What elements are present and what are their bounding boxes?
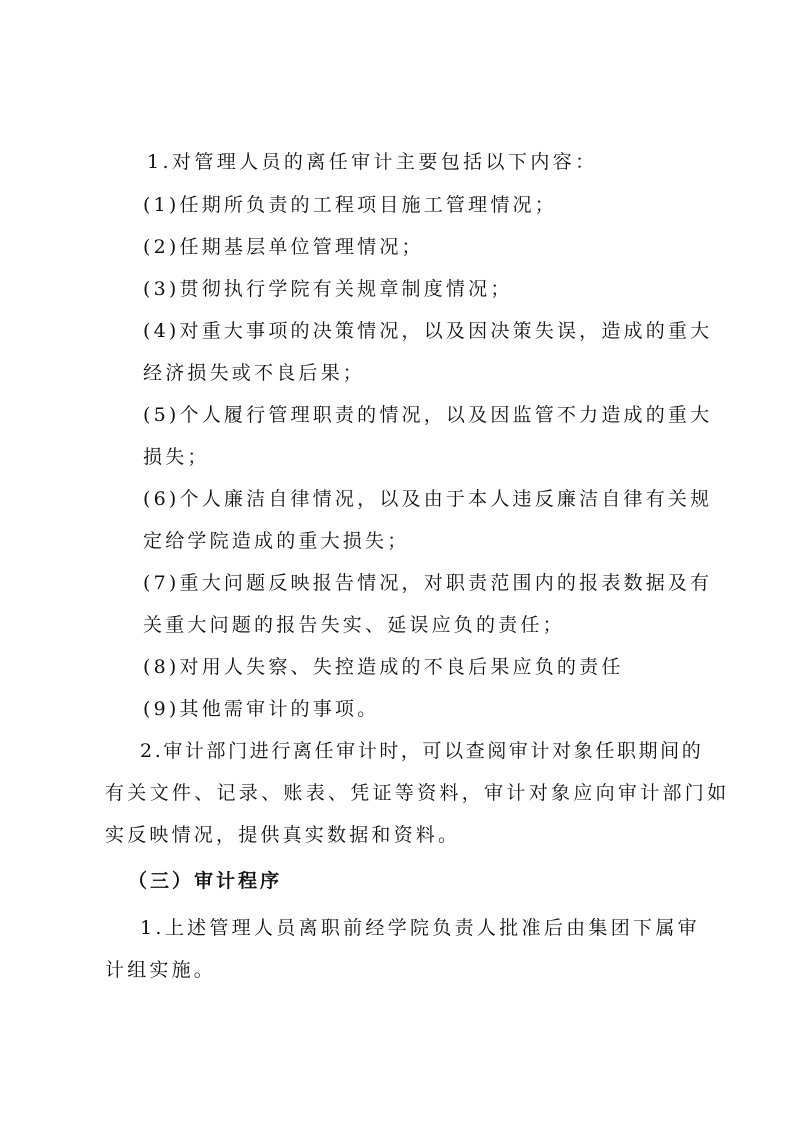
list-item-5-cont: 损失； [143, 445, 210, 469]
list-item-9: (9)其他需审计的事项。 [143, 697, 379, 721]
paragraph-2: 2.审计部门进行离任审计时，可以查阅审计对象任职期间的 [140, 739, 703, 763]
paragraph-2-cont-2: 实反映情况，提供真实数据和资料。 [105, 823, 460, 847]
item-1-heading: 1.对管理人员的离任审计主要包括以下内容： [147, 150, 598, 174]
list-item-7: (7)重大问题反映报告情况，对职责范围内的报表数据及有 [143, 571, 712, 595]
list-item-2: (2)任期基层单位管理情况； [143, 235, 424, 259]
list-item-7-cont: 关重大问题的报告失实、延误应负的责任； [143, 613, 565, 637]
list-item-4: (4)对重大事项的决策情况，以及因决策失误，造成的重大 [143, 319, 712, 343]
section-heading-audit-procedure: （三）审计程序 [128, 869, 282, 893]
list-item-1: (1)任期所负责的工程项目施工管理情况； [143, 193, 557, 217]
procedure-item-1: 1.上述管理人员离职前经学院负责人批准后由集团下属审 [140, 916, 700, 940]
list-item-3: (3)贯彻执行学院有关规章制度情况； [143, 277, 513, 301]
list-item-5: (5)个人履行管理职责的情况，以及因监管不力造成的重大 [143, 403, 712, 427]
list-item-6: (6)个人廉洁自律情况，以及由于本人违反廉洁自律有关规 [143, 487, 712, 511]
list-item-8: (8)对用人失察、失控造成的不良后果应负的责任 [143, 655, 624, 679]
procedure-item-1-cont: 计组实施。 [105, 958, 216, 982]
list-item-6-cont: 定给学院造成的重大损失； [143, 529, 409, 553]
list-item-4-cont: 经济损失或不良后果； [143, 361, 365, 385]
paragraph-2-cont-1: 有关文件、记录、账表、凭证等资料，审计对象应向审计部门如 [105, 781, 729, 805]
